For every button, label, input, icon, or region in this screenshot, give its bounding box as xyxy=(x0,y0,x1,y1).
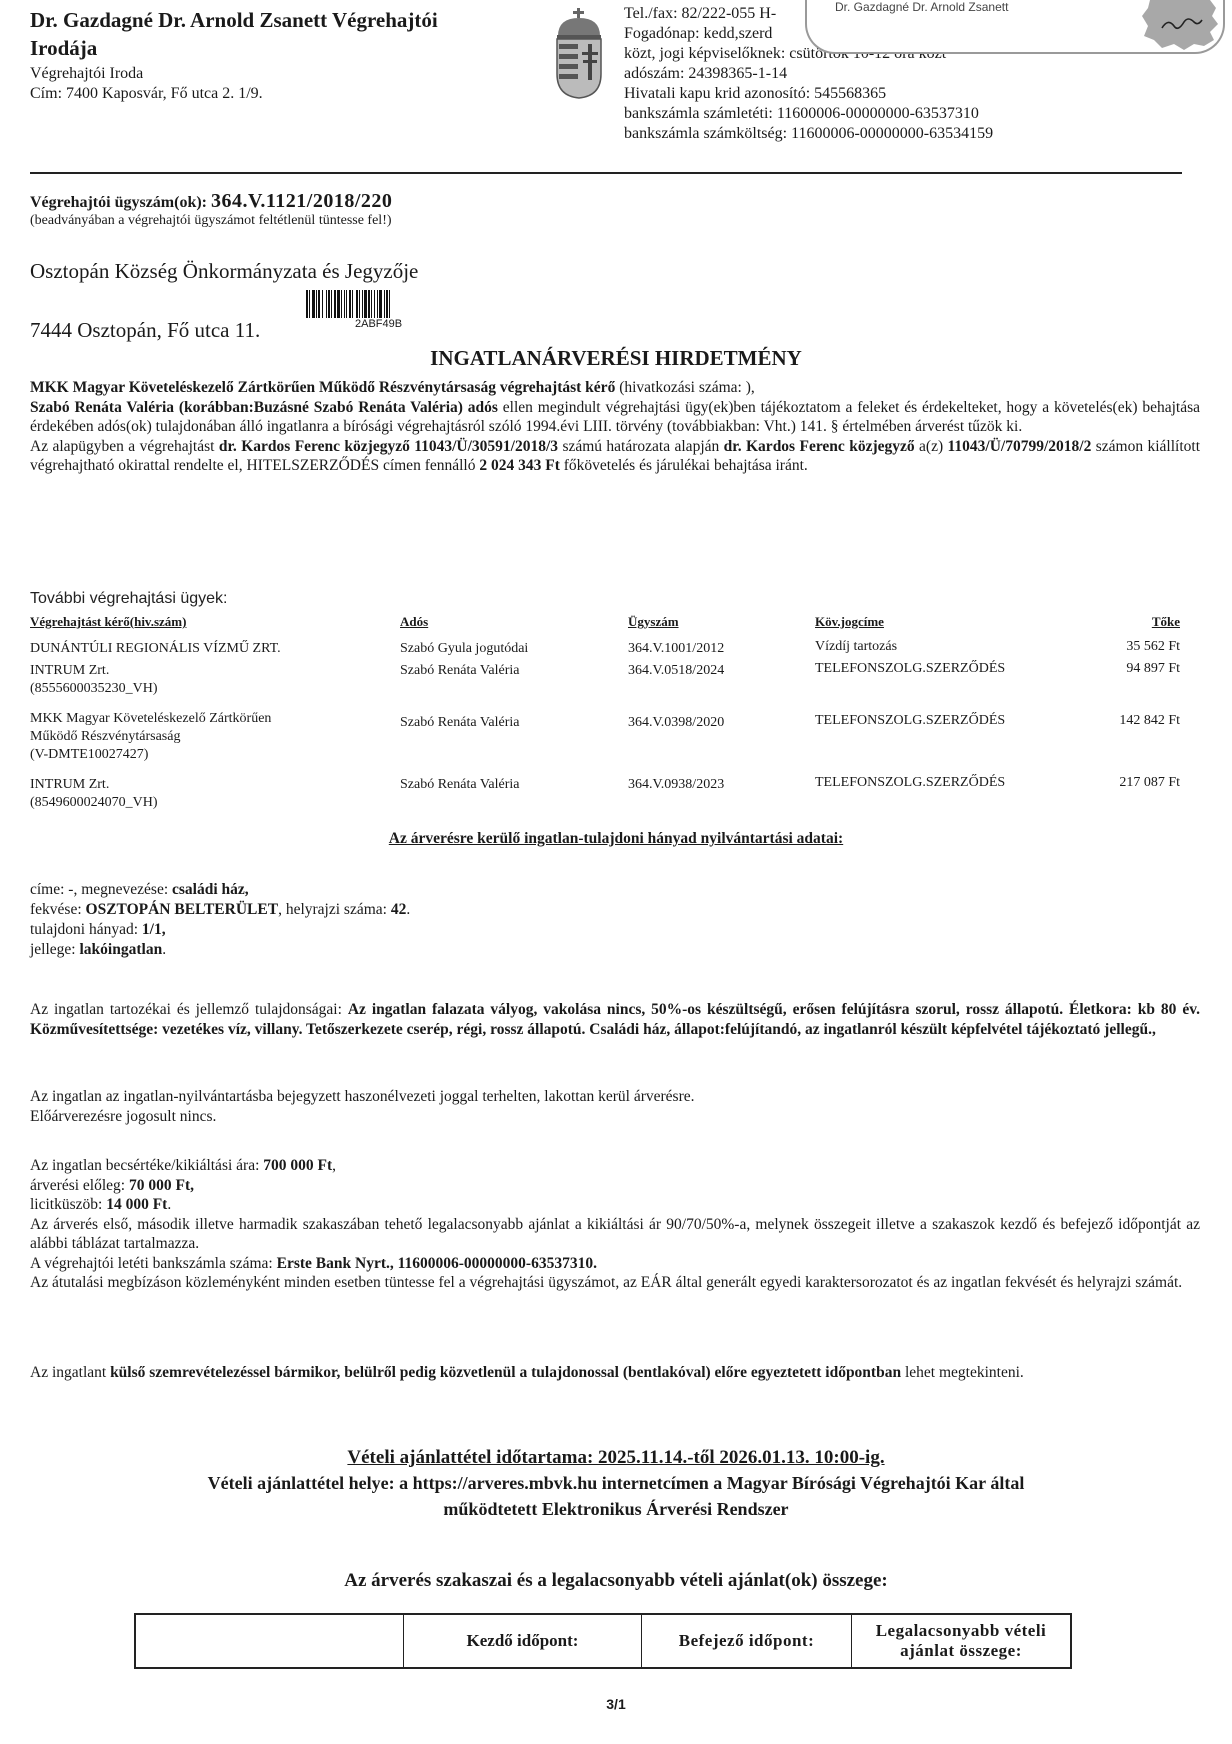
intro-paragraph: MKK Magyar Követeléskezelő Zártkörűen Mű… xyxy=(30,378,1200,476)
case-number-note: (beadványában a végrehajtói ügyszámot fe… xyxy=(30,213,392,229)
row-creditor: (V-DMTE10027427) xyxy=(30,746,370,764)
column-header-creditor: Végrehajtást kérő(hiv.szám) xyxy=(30,614,370,630)
coat-of-arms-icon xyxy=(552,8,606,100)
office-type: Végrehajtói Iroda xyxy=(30,64,263,84)
offer-period: Vételi ajánlattétel időtartama: 2025.11.… xyxy=(0,1447,1232,1469)
viewing-text-b: lehet megtekinteni. xyxy=(901,1364,1024,1381)
case-number-label: Végrehajtói ügyszám(ok): xyxy=(30,194,211,211)
contact-cost-account: bankszámla számköltség: 11600006-0000000… xyxy=(624,124,993,144)
preemption-text: Előárverezésre jogosult nincs. xyxy=(30,1107,1200,1127)
office-name-line2: Irodája xyxy=(30,34,530,62)
deposit-value: 70 000 Ft, xyxy=(129,1177,194,1194)
property-address-label: címe: -, megnevezése: xyxy=(30,881,172,898)
row-claim-title: TELEFONSZOLG.SZERZŐDÉS xyxy=(815,712,1065,730)
viewing-info: Az ingatlant külső szemrevételezéssel bá… xyxy=(30,1363,1200,1383)
office-address: Cím: 7400 Kaposvár, Fő utca 2. 1/9. xyxy=(30,84,263,104)
row-creditor: INTRUM Zrt. xyxy=(30,776,370,794)
property-data-heading: Az árverésre kerülő ingatlan-tulajdoni h… xyxy=(0,830,1232,848)
estimated-value: 700 000 Ft xyxy=(263,1157,332,1174)
stages-header-min-offer: Legalacsonyabb vételi ajánlat összege: xyxy=(852,1615,1070,1667)
property-location: OSZTOPÁN BELTERÜLET xyxy=(86,901,279,918)
contact-krid: Hivatali kapu krid azonosító: 545568365 xyxy=(624,84,993,104)
bid-increment-value: 14 000 Ft xyxy=(106,1196,167,1213)
basis-text-3: a(z) xyxy=(915,438,948,455)
office-name: Dr. Gazdagné Dr. Arnold Zsanett Végrehaj… xyxy=(30,6,530,62)
row-case-number: 364.V.0518/2024 xyxy=(628,662,788,680)
office-info: Végrehajtói Iroda Cím: 7400 Kaposvár, Fő… xyxy=(30,64,263,104)
features-label: Az ingatlan tartozékai és jellemző tulaj… xyxy=(30,1001,348,1018)
estimated-value-label: Az ingatlan becsértéke/kikiáltási ára: xyxy=(30,1157,263,1174)
property-features: Az ingatlan tartozékai és jellemző tulaj… xyxy=(30,1000,1200,1039)
property-name-line: címe: -, megnevezése: családi ház, xyxy=(30,880,410,900)
document-title: INGATLANÁRVERÉSI HIRDETMÉNY xyxy=(0,346,1232,371)
bank-account-line: A végrehajtói letéti bankszámla száma: E… xyxy=(30,1254,1200,1274)
debtor-name: Szabó Renáta Valéria (korábban:Buzásné S… xyxy=(30,399,498,416)
viewing-conditions: külső szemrevételezéssel bármikor, belül… xyxy=(110,1364,901,1381)
row-creditor: (8549600024070_VH) xyxy=(30,794,370,812)
property-share-line: tulajdoni hányad: 1/1, xyxy=(30,920,410,940)
property-share: 1/1, xyxy=(142,921,166,938)
row-creditor: MKK Magyar Követeléskezelő Zártkörűen xyxy=(30,710,370,728)
case-number: Végrehajtói ügyszám(ok): 364.V.1121/2018… xyxy=(30,190,392,213)
office-name-line1: Dr. Gazdagné Dr. Arnold Zsanett Végrehaj… xyxy=(30,6,530,34)
row-case-number: 364.V.0398/2020 xyxy=(628,714,788,732)
stages-description: Az árverés első, második illetve harmadi… xyxy=(30,1215,1200,1254)
column-header-capital: Tőke xyxy=(1060,614,1180,630)
row-case-number: 364.V.1001/2012 xyxy=(628,640,788,658)
pricing-block: Az ingatlan becsértéke/kikiáltási ára: 7… xyxy=(30,1156,1200,1293)
creditor-name: MKK Magyar Követeléskezelő Zártkörűen Mű… xyxy=(30,379,615,396)
property-location-line: fekvése: OSZTOPÁN BELTERÜLET, helyrajzi … xyxy=(30,900,410,920)
row-debtor: Szabó Renáta Valéria xyxy=(400,714,600,732)
basis-text-2: számú határozata alapján xyxy=(558,438,724,455)
property-name: családi ház, xyxy=(172,881,249,898)
bid-increment-line: licitküszöb: 14 000 Ft. xyxy=(30,1195,1200,1215)
addressee-name: Osztopán Község Önkormányzata és Jegyzőj… xyxy=(30,258,418,284)
property-location-label: fekvése: xyxy=(30,901,86,918)
encumbrance-text: Az ingatlan az ingatlan-nyilvántartásba … xyxy=(30,1087,1200,1107)
property-share-label: tulajdoni hányad: xyxy=(30,921,142,938)
principal-amount: 2 024 343 Ft xyxy=(479,457,560,474)
column-header-case-number: Ügyszám xyxy=(628,614,788,630)
property-lot-number: 42 xyxy=(391,901,407,918)
viewing-text-a: Az ingatlant xyxy=(30,1364,110,1381)
notary-decision: dr. Kardos Ferenc közjegyző 11043/Ü/3059… xyxy=(219,438,558,455)
contact-tax-number: adószám: 24398365-1-14 xyxy=(624,64,993,84)
notary-name: dr. Kardos Ferenc közjegyző xyxy=(724,438,915,455)
column-header-debtor: Adós xyxy=(400,614,600,630)
basis-text: Az alapügyben a végrehajtást xyxy=(30,438,219,455)
deposit-label: árverési előleg: xyxy=(30,1177,129,1194)
bid-increment-label: licitküszöb: xyxy=(30,1196,106,1213)
row-claim-title: Vízdíj tartozás xyxy=(815,638,1065,656)
contact-deposit-account: bankszámla számletéti: 11600006-00000000… xyxy=(624,104,993,124)
stages-title: Az árverés szakaszai és a legalacsonyabb… xyxy=(0,1570,1232,1592)
row-capital: 35 562 Ft xyxy=(1060,638,1180,656)
row-debtor: Szabó Renáta Valéria xyxy=(400,662,600,680)
seal-icon xyxy=(1140,0,1220,50)
property-lot-label: , helyrajzi száma: xyxy=(278,901,391,918)
property-type: lakóingatlan xyxy=(80,941,163,958)
row-creditor: INTRUM Zrt. xyxy=(30,662,370,680)
stages-header-stage xyxy=(136,1615,404,1667)
enforcement-document-number: 11043/Ü/70799/2018/2 xyxy=(948,438,1092,455)
row-capital: 142 842 Ft xyxy=(1060,712,1180,730)
basis-text-5: főkövetelés és járulékai behajtása iránt… xyxy=(560,457,808,474)
offer-place-line2: működtetett Elektronikus Árverési Rendsz… xyxy=(30,1496,1202,1522)
row-debtor: Szabó Gyula jogutódai xyxy=(400,640,600,658)
further-cases-title: További végrehajtási ügyek: xyxy=(30,590,227,608)
header-divider xyxy=(30,172,1182,174)
row-creditor: DUNÁNTÚLI REGIONÁLIS VÍZMŰ ZRT. xyxy=(30,640,370,658)
transfer-instructions: Az átutalási megbízáson közleményként mi… xyxy=(30,1273,1200,1293)
signature-name: Dr. Gazdagné Dr. Arnold Zsanett xyxy=(835,0,1008,14)
page-number: 3/1 xyxy=(0,1696,1232,1712)
row-debtor: Szabó Renáta Valéria xyxy=(400,776,600,794)
property-type-line: jellege: lakóingatlan. xyxy=(30,940,410,960)
offer-place-line1: Vételi ajánlattétel helye: a https://arv… xyxy=(30,1470,1202,1496)
row-claim-title: TELEFONSZOLG.SZERZŐDÉS xyxy=(815,774,1065,792)
bank-account-label: A végrehajtói letéti bankszámla száma: xyxy=(30,1255,277,1272)
property-details: címe: -, megnevezése: családi ház, fekvé… xyxy=(30,880,410,960)
row-case-number: 364.V.0938/2023 xyxy=(628,776,788,794)
encumbrance: Az ingatlan az ingatlan-nyilvántartásba … xyxy=(30,1087,1200,1126)
row-capital: 94 897 Ft xyxy=(1060,660,1180,678)
row-creditor: (8555600035230_VH) xyxy=(30,680,370,698)
bank-account-value: Erste Bank Nyrt., 11600006-00000000-6353… xyxy=(277,1255,597,1272)
column-header-claim-title: Köv.jogcíme xyxy=(815,614,1065,630)
barcode-label: 2ABF49B xyxy=(355,318,402,330)
deposit-line: árverési előleg: 70 000 Ft, xyxy=(30,1176,1200,1196)
stages-table: Kezdő időpont: Befejező időpont: Legalac… xyxy=(134,1613,1072,1669)
row-creditor: Működő Részvénytársaság xyxy=(30,728,370,746)
property-type-label: jellege: xyxy=(30,941,80,958)
row-capital: 217 087 Ft xyxy=(1060,774,1180,792)
offer-place: Vételi ajánlattétel helye: a https://arv… xyxy=(30,1470,1202,1522)
case-number-value: 364.V.1121/2018/220 xyxy=(211,190,392,212)
addressee-address: 7444 Osztopán, Fő utca 11. xyxy=(30,318,260,343)
creditor-reference: (hivatkozási száma: ), xyxy=(615,379,754,396)
estimated-value-line: Az ingatlan becsértéke/kikiáltási ára: 7… xyxy=(30,1156,1200,1176)
barcode-icon xyxy=(306,290,480,318)
stages-header-end: Befejező időpont: xyxy=(642,1615,852,1667)
row-claim-title: TELEFONSZOLG.SZERZŐDÉS xyxy=(815,660,1065,678)
stages-header-start: Kezdő időpont: xyxy=(404,1615,642,1667)
